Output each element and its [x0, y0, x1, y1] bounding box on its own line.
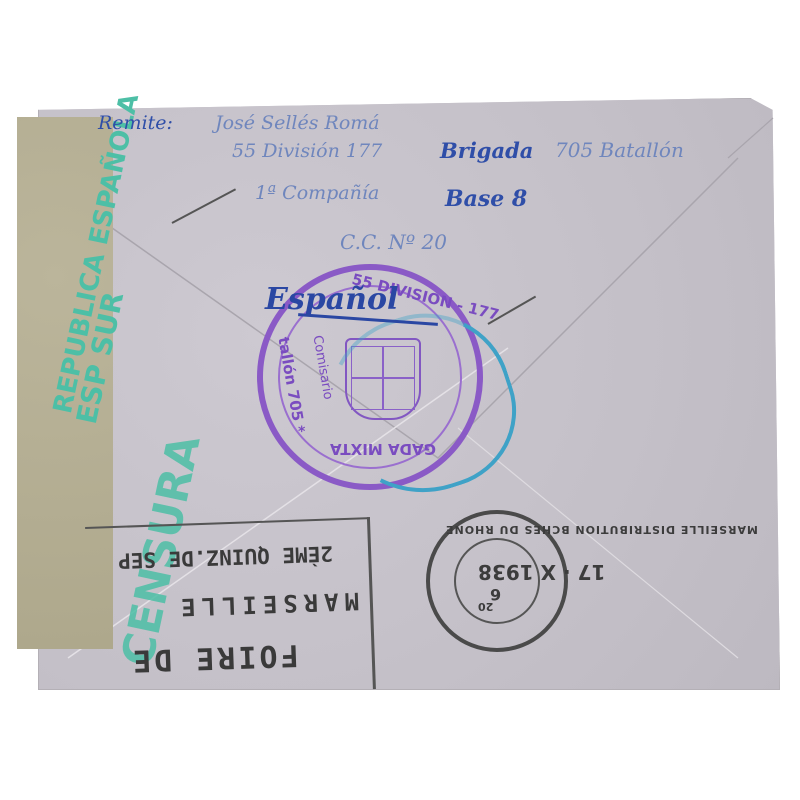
sender-brigade: Brigada [440, 138, 533, 163]
unit-seal-star: * [298, 424, 305, 440]
postmark-ring-text: MARSEILLE DISTRIBUTION BCHES DU RHONE [445, 523, 758, 536]
division-text: 55 División [232, 140, 340, 162]
sender-company: 1ª Compañía [255, 182, 379, 204]
postmark-code: 20 [478, 600, 493, 613]
sender-battalion: 705 Batallón [555, 138, 684, 162]
postmark-date: 17 · X 1938 [478, 560, 605, 584]
sender-label: Remite: [98, 112, 173, 134]
sender-division: 55 División 177 [232, 140, 382, 162]
sender-base: Base 8 [445, 186, 527, 212]
brigade-number: 177 [346, 140, 382, 162]
sender-name: José Sellés Romá [215, 112, 380, 134]
annotation-espanol: Español [265, 282, 398, 317]
sender-cc: C.C. Nº 20 [340, 230, 447, 254]
machine-cancel-line3: FOIRE DE [129, 637, 299, 678]
